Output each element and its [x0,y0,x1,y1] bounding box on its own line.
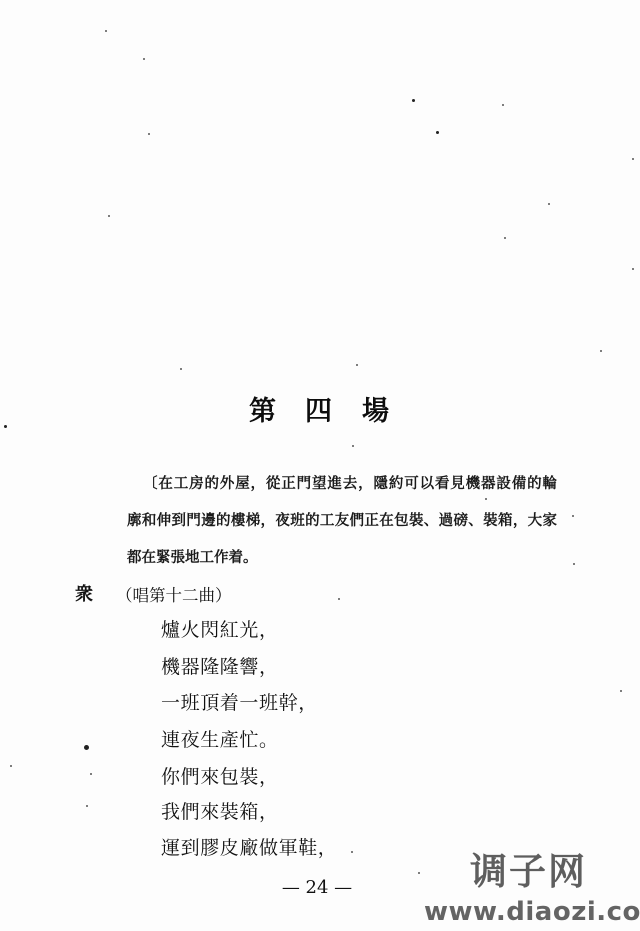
scan-speck [108,215,110,217]
scan-speck [180,368,182,370]
scan-speck [84,745,89,750]
lyric-line: 你們來包裝， [161,766,279,788]
stage-direction-line: 〔在工房的外屋，從正門望進去，隱約可以看見機器設備的輪 [143,474,557,494]
scan-speck [148,133,150,135]
scan-speck [86,805,88,807]
scan-speck [485,498,487,500]
scene-title-char: 場 [362,397,389,427]
scan-speck [412,99,415,102]
scan-speck [10,765,12,767]
scan-speck [632,268,634,270]
scan-speck [504,237,506,239]
speaker-label: 衆 [75,584,93,606]
scan-speck [502,104,504,106]
scan-speck [352,445,354,447]
scan-speck [572,515,574,517]
scan-speck [105,30,107,32]
scene-title-char: 四 [305,397,332,427]
scan-speck [632,158,634,160]
lyric-line: 我們來裝箱， [161,801,279,823]
stage-direction-line: 廓和伸到門邊的樓梯，夜班的工友們正在包裝、過磅、裝箱，大家 [127,511,557,531]
scan-speck [338,598,340,600]
scanned-page: 第 四 場 〔在工房的外屋，從正門望進去，隱約可以看見機器設備的輪 廓和伸到門邊… [0,0,640,931]
song-cue: （唱第十二曲） [116,586,232,606]
scan-speck [600,350,602,352]
scan-speck [4,425,7,428]
scan-speck [418,872,420,874]
page-number: — 24 — [280,877,354,899]
scan-speck [548,203,550,205]
lyric-line: 一班頂着一班幹， [161,692,318,714]
scan-speck [143,58,145,60]
lyric-line: 機器隆隆響， [161,656,279,678]
watermark-url: www.diaozi.com [424,897,640,927]
watermark-site-name: 调子网 [470,851,587,893]
lyric-line: 運到膠皮廠做軍鞋， [161,837,337,859]
scene-title-char: 第 [249,397,276,427]
scan-speck [351,851,353,853]
scan-speck [620,690,622,692]
lyric-line: 爐火閃紅光， [161,619,279,641]
scan-speck [436,131,439,134]
scan-speck [356,364,358,366]
stage-direction-line: 都在緊張地工作着。 [127,548,258,568]
scan-speck [573,563,575,565]
lyric-line: 連夜生產忙。 [161,729,279,751]
scan-speck [90,773,92,775]
